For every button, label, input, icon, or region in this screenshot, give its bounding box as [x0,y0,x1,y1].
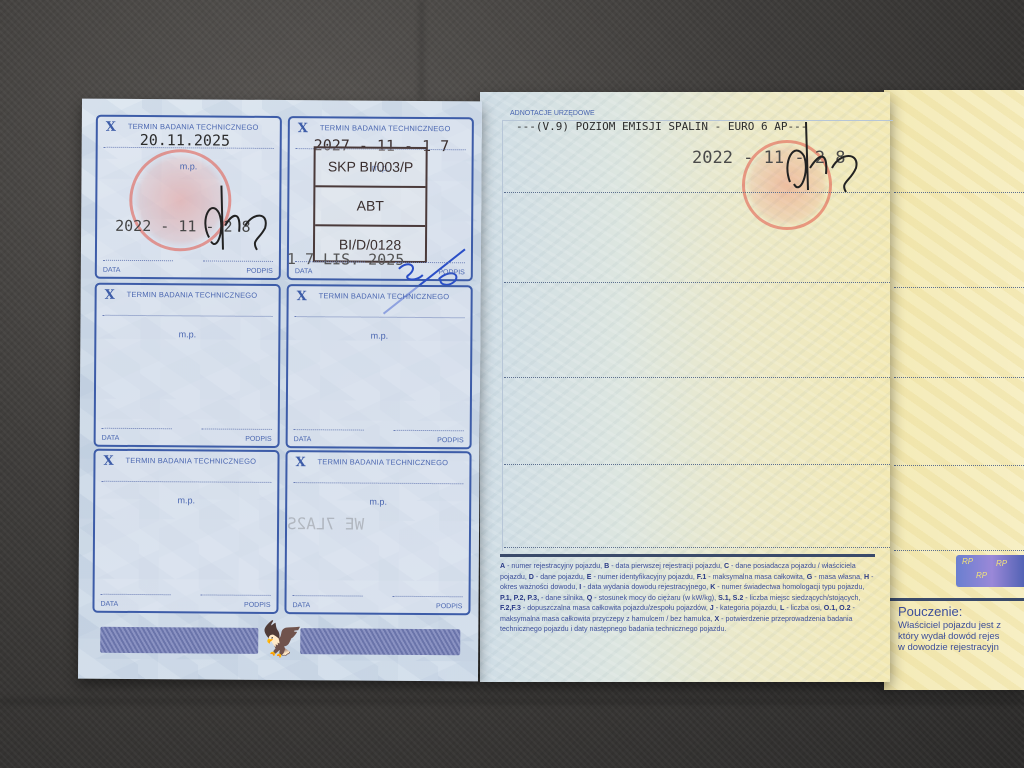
mp-label: m.p. [287,496,469,507]
pouczenie-line: w dowodzie rejestracyjn [898,642,1001,653]
date-label: DATA [103,267,121,274]
dotted-line [894,192,1024,193]
inspection-box-4: X TERMIN BADANIA TECHNICZNEGO m.p. DATA … [286,284,473,449]
dotted-line [203,260,273,261]
signature-icon [780,112,870,202]
legend-code: O.1, O.2 [824,604,851,612]
legend-text: - dane pojazdu, [534,573,587,581]
mp-label: m.p. [98,161,280,172]
polish-eagle-emblem-icon: 🦅 [261,618,297,662]
legend-text: - maksymalna masa całkowita, [706,573,807,581]
dotted-line [101,481,271,483]
pouczenie-line: który wydał dowód rejes [898,631,1001,642]
dotted-line [202,428,272,429]
dotted-line [894,377,1024,378]
legend-code: S.1, S.2 [718,594,743,602]
dotted-line [102,428,172,429]
x-marker: X [295,455,305,470]
dotted-line [894,550,1024,551]
legend-text: - data wydania dowodu rejestracyjnego, [581,583,710,591]
date-label: DATA [102,435,120,442]
legend-code: F.1 [697,573,706,581]
signature-label: PODPIS [244,602,271,609]
decorative-band-right [300,628,460,655]
fabric-seam [0,700,1024,703]
pouczenie-line: Właściciel pojazdu jest z [898,620,1001,631]
date-label: DATA [295,268,313,275]
legend-text: - liczba osi, [784,604,823,612]
decorative-band-left [100,627,258,654]
legend-text: - masa własna, [812,573,864,581]
section-divider [884,598,1024,601]
station-code: SKP BI/003/P [315,148,425,188]
dotted-line [293,595,363,596]
legend-text: - liczba miejsc siedzących/stojących, [743,594,860,602]
mp-label: m.p. [95,495,277,506]
x-marker: X [106,120,116,135]
date-label: DATA [292,602,310,609]
dotted-line [504,282,890,283]
pouczenie-text: Właściciel pojazdu jest z który wydał do… [898,620,1001,653]
x-marker: X [105,288,115,303]
inspection-box-2: X TERMIN BADANIA TECHNICZNEGO 2027 - 11 … [287,116,474,281]
section-label: ADNOTACJE URZĘDOWE [510,110,595,117]
station-abt: ABT [315,187,425,227]
hologram-text: RP [996,559,1007,568]
signature-label: PODPIS [246,268,273,275]
hologram-text: RP [962,557,973,566]
right-page-annotations: ADNOTACJE URZĘDOWE ---(V.9) POZIOM EMISJ… [480,92,890,682]
dotted-line [504,192,890,193]
hologram-sticker: RP RP RP [956,555,1024,587]
dotted-line [894,287,1024,288]
pouczenie-title: Pouczenie: [898,604,962,619]
mp-label: m.p. [288,330,470,341]
signature-label: PODPIS [438,269,465,276]
date-label: DATA [100,601,118,608]
mp-label: m.p. [96,329,278,340]
dotted-line [101,594,171,595]
dotted-line [295,316,465,318]
dotted-line [504,377,890,378]
x-marker: X [298,121,308,136]
legend-text: - dane silnika, [539,594,587,602]
legend-text: - dopuszczalna masa całkowita pojazdu/ze… [521,604,710,612]
field-legend: A - numer rejestracyjny pojazdu, B - dat… [500,554,875,635]
legend-text: - data pierwszej rejestracji pojazdu, [609,562,724,570]
legend-code: P.1, P.2, P.3, [500,594,539,602]
dotted-line [394,430,464,431]
dotted-line [103,260,173,261]
signature-icon [197,177,278,258]
dotted-line [201,594,271,595]
legend-text: - numer rejestracyjny pojazdu, [505,562,604,570]
signature-label: PODPIS [436,603,463,610]
legend-text: - stosunek mocy do ciężaru (w kW/kg), [592,594,718,602]
dotted-line [894,465,1024,466]
left-page-inspections: X TERMIN BADANIA TECHNICZNEGO 20.11.2025… [78,99,482,682]
inspection-box-5: X TERMIN BADANIA TECHNICZNEGO m.p. DATA … [92,449,279,614]
far-right-page: RP RP RP Pouczenie: Właściciel pojazdu j… [884,90,1024,690]
inspection-box-3: X TERMIN BADANIA TECHNICZNEGO m.p. DATA … [94,283,281,448]
signature-label: PODPIS [437,437,464,444]
legend-text: - kategoria pojazdu, [714,604,780,612]
signature-label: PODPIS [245,436,272,443]
legend-text: - numer identyfikacyjny pojazdu, [592,573,697,581]
legend-code: F.2,F.3 [500,604,521,612]
dotted-line [504,464,890,465]
box-title: TERMIN BADANIA TECHNICZNEGO [319,291,450,301]
dotted-line [294,429,364,430]
inspection-box-6: X TERMIN BADANIA TECHNICZNEGO m.p. WE 7L… [284,450,471,615]
inspection-box-1: X TERMIN BADANIA TECHNICZNEGO 20.11.2025… [95,115,282,280]
box-title: TERMIN BADANIA TECHNICZNEGO [125,456,256,466]
x-marker: X [103,454,113,469]
dotted-line [393,596,463,597]
box-title: TERMIN BADANIA TECHNICZNEGO [320,123,451,133]
dotted-line [293,482,463,484]
x-marker: X [297,289,307,304]
legend-text: - numer świadectwa homologacji typu poja… [715,583,864,591]
fabric-seam [420,0,423,100]
dotted-line [504,547,890,548]
dotted-line [103,315,273,317]
hologram-text: RP [976,571,987,580]
annotation-line: ---(V.9) POZIOM EMISJI SPALIN - EURO 6 A… [516,120,807,133]
box-title: TERMIN BADANIA TECHNICZNEGO [127,290,258,300]
box-title: TERMIN BADANIA TECHNICZNEGO [317,457,448,467]
date-label: DATA [294,436,312,443]
bleed-through-text: WE 7LA2S [287,514,364,534]
